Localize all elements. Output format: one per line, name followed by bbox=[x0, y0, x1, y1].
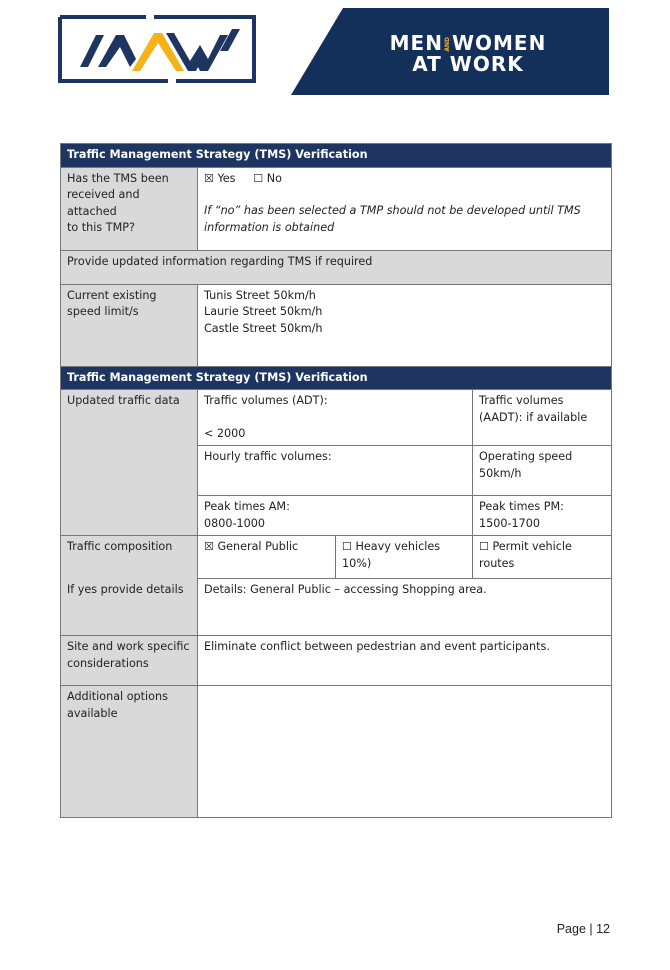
section-title: Traffic Management Strategy (TMS) Verifi… bbox=[61, 144, 612, 168]
speed-limit-row: Current existing speed limit/s Tunis Str… bbox=[61, 284, 612, 366]
general-public-checkbox[interactable]: ☒ bbox=[204, 540, 214, 553]
tms-received-value: ☒ Yes ☐ No If “no” has been selected a T… bbox=[198, 167, 612, 250]
adt-value: < 2000 bbox=[204, 426, 466, 443]
operating-speed-value: 50km/h bbox=[479, 466, 605, 483]
permit-vehicle-checkbox[interactable]: ☐ bbox=[479, 540, 489, 553]
heavy-vehicles-option[interactable]: ☐ Heavy vehicles 10%) bbox=[336, 536, 473, 579]
brand-line-2: AT WORK bbox=[291, 52, 609, 76]
tms-note: If “no” has been selected a TMP should n… bbox=[204, 203, 605, 236]
tms-received-row: Has the TMS been received and attached t… bbox=[61, 167, 612, 250]
site-considerations-row: Site and work specific considerations El… bbox=[61, 636, 612, 686]
site-considerations-value[interactable]: Eliminate conflict between pedestrian an… bbox=[198, 636, 612, 686]
permit-vehicle-option[interactable]: ☐ Permit vehicle routes bbox=[473, 536, 612, 579]
maw-logo bbox=[58, 15, 256, 83]
tms-verification-table: Traffic Management Strategy (TMS) Verifi… bbox=[60, 143, 612, 818]
provide-updated-text: Provide updated information regarding TM… bbox=[61, 250, 612, 284]
traffic-composition-label: Traffic composition If yes provide detai… bbox=[61, 536, 198, 636]
page-number: Page | 12 bbox=[557, 922, 610, 936]
traffic-volumes-row: Updated traffic data Traffic volumes (AD… bbox=[61, 390, 612, 446]
no-checkbox[interactable]: ☐ No bbox=[253, 172, 282, 185]
traffic-composition-row: Traffic composition If yes provide detai… bbox=[61, 536, 612, 579]
speed-limit-values[interactable]: Tunis Street 50km/h Laurie Street 50km/h… bbox=[198, 284, 612, 366]
peak-am-value: 0800-1000 bbox=[204, 516, 466, 533]
updated-traffic-data-label: Updated traffic data bbox=[61, 390, 198, 536]
section-header-1: Traffic Management Strategy (TMS) Verifi… bbox=[61, 144, 612, 168]
tms-received-label: Has the TMS been received and attached t… bbox=[61, 167, 198, 250]
peak-am-cell[interactable]: Peak times AM: 0800-1000 bbox=[198, 496, 473, 536]
details-value[interactable]: Details: General Public – accessing Shop… bbox=[198, 579, 612, 636]
section-title: Traffic Management Strategy (TMS) Verifi… bbox=[61, 366, 612, 390]
site-considerations-label: Site and work specific considerations bbox=[61, 636, 198, 686]
speed-limit-label: Current existing speed limit/s bbox=[61, 284, 198, 366]
maw-logo-icon bbox=[58, 15, 256, 83]
additional-options-label: Additional options available bbox=[61, 686, 198, 818]
operating-speed-cell[interactable]: Operating speed 50km/h bbox=[473, 446, 612, 496]
section-header-2: Traffic Management Strategy (TMS) Verifi… bbox=[61, 366, 612, 390]
general-public-option[interactable]: ☒ General Public bbox=[198, 536, 336, 579]
heavy-vehicles-checkbox[interactable]: ☐ bbox=[342, 540, 352, 553]
peak-pm-cell[interactable]: Peak times PM: 1500-1700 bbox=[473, 496, 612, 536]
hourly-volumes-cell[interactable]: Hourly traffic volumes: bbox=[198, 446, 473, 496]
yes-checkbox[interactable]: ☒ Yes bbox=[204, 172, 236, 185]
aadt-cell[interactable]: Traffic volumes (AADT): if available bbox=[473, 390, 612, 446]
additional-options-value[interactable] bbox=[198, 686, 612, 818]
additional-options-row: Additional options available bbox=[61, 686, 612, 818]
if-yes-details-label: If yes provide details bbox=[67, 582, 191, 599]
provide-updated-row: Provide updated information regarding TM… bbox=[61, 250, 612, 284]
peak-pm-value: 1500-1700 bbox=[479, 516, 605, 533]
adt-cell[interactable]: Traffic volumes (ADT): < 2000 bbox=[198, 390, 473, 446]
men-and-women-at-work-logo: MENANDWOMEN AT WORK bbox=[291, 8, 609, 95]
